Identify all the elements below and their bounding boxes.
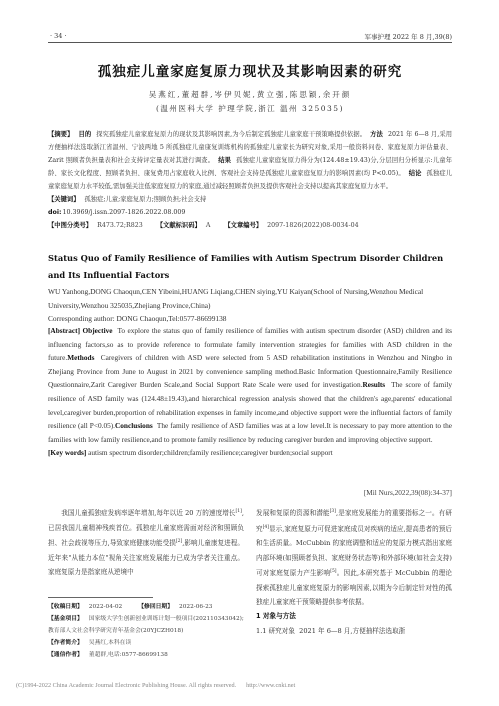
footnote-correspondence: 【通信作者】董超群,电话:0577-86699138 [48, 649, 248, 661]
intro-text-4: 发展和复原的资源和潜能 [256, 509, 330, 517]
author-bio-label: 【作者简介】 [48, 640, 83, 646]
intro-paragraph: 我国儿童孤独症发病率逐年增加,每年以近 20 万的速度增长[1],已居我国儿童精… [48, 505, 244, 579]
keywords-label: 【关键词】 [48, 196, 79, 203]
en-keywords-text: autism spectrum disorder;children;family… [88, 448, 333, 457]
english-abstract-body: [Abstract] Objective To explore the stat… [48, 324, 452, 446]
footnote-funding: 【基金项目】国家级大学生创新创业训练计划一般项目(202110343042);教… [48, 613, 248, 637]
copyright-footer: (C)1994-2022 China Academic Journal Elec… [16, 682, 486, 689]
author-bio-value: 吴燕红,本科在读 [89, 640, 131, 646]
article-no-label: 【文章编号】 [224, 222, 262, 229]
english-authors: WU Yanhong,DONG Chaoqun,CEN Yibeini,HUAN… [48, 285, 452, 312]
author-list: 吴燕红,董超群,岑伊贝妮,黄立强,陈思颖,余开颜 [48, 89, 452, 100]
footnotes: 【收稿日期】2022-04-02【修回日期】2022-06-23 【基金项目】国… [48, 601, 248, 661]
revised-label: 【修回日期】 [138, 604, 173, 610]
header-rule [48, 42, 452, 43]
received-date: 2022-04-02 [89, 604, 122, 610]
footnote-author-bio: 【作者简介】吴燕红,本科在读 [48, 637, 248, 649]
doi-label: doi: [48, 209, 62, 216]
en-objective-label: Objective [83, 326, 113, 335]
received-label: 【收稿日期】 [48, 604, 83, 610]
funding-label: 【基金项目】 [48, 616, 83, 622]
en-keywords-line: [Key words] autism spectrum disorder;chi… [48, 446, 452, 460]
methods-label: 方法 [370, 131, 383, 138]
doi-line: doi:10.3969/j.issn.2097-1826.2022.08.009 [48, 206, 452, 219]
english-title: Status Quo of Family Resilience of Famil… [48, 250, 452, 284]
english-abstract: [Abstract] Objective To explore the stat… [48, 324, 452, 460]
correspondence-label: 【通信作者】 [48, 652, 83, 658]
body-column-right: 发展和复原的资源和潜能[3],是家庭发展能力的重要指标之一。有研究[4]显示,家… [256, 505, 452, 638]
article-title: 孤独症儿童家庭复原力现状及其影响因素的研究 [48, 60, 452, 80]
footnote-dates: 【收稿日期】2022-04-02【修回日期】2022-06-23 [48, 601, 248, 613]
classification-line: 【中图分类号】R473.72;R823【文献标识码】A【文章编号】2097-18… [48, 219, 452, 232]
doi-link[interactable]: 10.3969/j.issn.2097-1826.2022.08.009 [63, 209, 186, 216]
article-no-value: 2097-1826(2022)08-0034-04 [267, 222, 358, 229]
objective-label: 目的 [79, 131, 92, 138]
cnki-link[interactable]: http://www.cnki.net [246, 682, 295, 689]
section-1-1-text: 2021 年 6—8 月,方便抽样法选取浙 [299, 627, 405, 635]
journal-info: 军事护理 2022 年 8 月,39(8) [365, 32, 453, 41]
chinese-abstract: 【摘要】目的探究孤独症儿童家庭复原力的现状及其影响因素,为今后制定孤独症儿童家庭… [48, 128, 452, 232]
section-1-1-heading: 1.1 研究对象 [256, 627, 295, 635]
revised-date: 2022-06-23 [179, 604, 212, 610]
affiliation: (温州医科大学 护理学院,浙江 温州 325035) [48, 103, 452, 114]
en-abstract-label: [Abstract] [48, 326, 80, 335]
intro-text-1: 我国儿童孤独症发病率逐年增加,每年以近 20 万的速度增长 [61, 509, 235, 517]
en-conclusions-label: Conclusions [115, 421, 153, 430]
body-column-left: 我国儿童孤独症发病率逐年增加,每年以近 20 万的速度增长[1],已居我国儿童精… [48, 505, 244, 579]
en-methods-label: Methods [67, 353, 94, 362]
copyright-text: (C)1994-2022 China Academic Journal Elec… [16, 682, 236, 689]
footnote-rule [48, 597, 153, 598]
clc-value: R473.72;R823 [97, 222, 143, 229]
page-number: · 34 · [50, 32, 67, 40]
section-1-1: 1.1 研究对象 2021 年 6—8 月,方便抽样法选取浙 [256, 624, 452, 638]
clc-label: 【中图分类号】 [48, 222, 92, 229]
results-label: 结果 [218, 157, 231, 164]
running-header: · 34 · 军事护理 2022 年 8 月,39(8) [48, 30, 452, 42]
citation: [Mil Nurs,2022,39(08):34-37] [364, 488, 452, 497]
doc-code-value: A [206, 222, 211, 229]
english-authors-block: WU Yanhong,DONG Chaoqun,CEN Yibeini,HUAN… [48, 285, 452, 326]
en-results-label: Results [362, 380, 385, 389]
conclusion-label: 结论 [409, 170, 422, 177]
objective-text: 探究孤独症儿童家庭复原力的现状及其影响因素,为今后制定孤独症儿童家庭干预策略提供… [96, 131, 366, 138]
section-heading-1: 1 对象与方法 [256, 609, 452, 623]
en-keywords-label: [Key words] [48, 448, 86, 457]
keywords-text: 孤独症;儿童;家庭复原力;照顾负担;社会支持 [84, 196, 206, 203]
doc-code-label: 【文献标识码】 [157, 222, 201, 229]
keywords-line: 【关键词】孤独症;儿童;家庭复原力;照顾负担;社会支持 [48, 193, 452, 206]
abstract-label: 【摘要】 [48, 131, 74, 138]
intro-continued: 发展和复原的资源和潜能[3],是家庭发展能力的重要指标之一。有研究[4]显示,家… [256, 505, 452, 609]
abstract-body: 【摘要】目的探究孤独症儿童家庭复原力的现状及其影响因素,为今后制定孤独症儿童家庭… [48, 128, 452, 193]
correspondence-value: 董超群,电话:0577-86699138 [89, 652, 168, 658]
